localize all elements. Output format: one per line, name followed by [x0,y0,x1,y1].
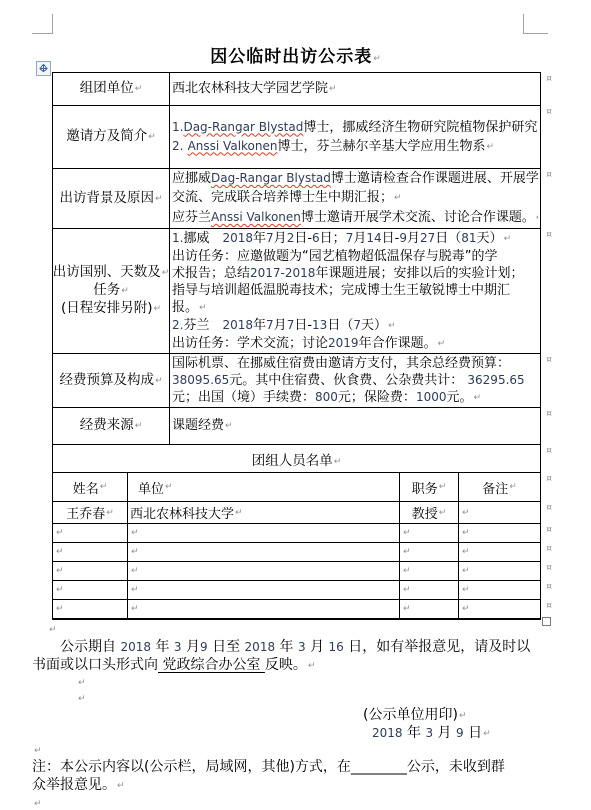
note-line[interactable]: 注：本公示内容以(公示栏，局域网，其他)方式，在________公示，未收到群 [32,758,591,776]
paragraph-mark: ↵ [438,482,447,492]
document-title[interactable]: 因公临时出访公示表 [210,47,372,67]
latin-text: 9 [456,726,464,740]
row-end-mark: ¤ [546,544,552,554]
spellcheck-squiggle-text: Anssi Valkonen [188,139,278,154]
text-line: 出访任务：学术交流；讨论2019年合作课题。↵ [172,335,538,353]
latin-text: 2018 [372,726,403,740]
empty-cell-title[interactable]: ↵ [400,581,459,599]
paragraph-mark: ↵ [503,234,512,244]
header-note[interactable]: 备注↵ [459,473,540,501]
row-value-cell[interactable]: 课题经费↵ [170,408,540,444]
latin-text: 2019 [328,336,359,350]
latin-text: 9 [200,640,208,654]
paragraph-mark: ↵ [105,508,114,518]
latin-text: 16 [329,640,344,654]
paragraph-mark: ↵ [77,678,86,688]
underlined-text: 党政综合办公室 [158,657,265,673]
paragraph-mark: ↵ [328,84,337,94]
latin-text: 2. [172,318,183,332]
text-line: 术报告；总结2017-2018年课题进展；安排以后的实验计划； [172,265,538,282]
paragraph-mark: ↵ [120,286,129,296]
latin-text: 2018 [222,231,253,245]
paragraph-mark: ↵ [461,547,470,557]
paragraph-mark: ↵ [461,604,470,614]
text-line: 应芬兰Anssi Valkonen博士邀请开展学术交流、讨论合作课题。↵ [172,208,538,228]
paragraph-mark: ↵ [387,321,396,331]
table-row: 经费来源↵课题经费↵¤ [53,408,540,445]
latin-text: 2018 [222,318,253,332]
empty-cell-note[interactable]: ↵ [459,600,540,618]
date-line[interactable]: 2018 年 3 月 9 日↵ [372,724,591,742]
personnel-row: 王乔春↵西北农林科技大学↵教授↵↵¤ [53,502,540,524]
text-line: 课题经费↵ [172,416,538,436]
member-title[interactable]: 教授↵ [400,502,459,523]
paragraph-mark: ↵ [372,54,381,64]
latin-text: 7 [266,318,274,332]
empty-cell-title[interactable]: ↵ [400,524,459,542]
latin-text: 6 [312,231,320,245]
row-value-cell[interactable]: 西北农林科技大学园艺学院↵ [170,73,540,105]
empty-cell-unit[interactable]: ↵ [128,562,400,580]
personnel-row: ↵↵↵↵¤ [53,524,540,543]
latin-text: 2018 [120,640,151,654]
latin-text: 7 [353,318,361,332]
personnel-section: 团组人员名单↵¤姓名↵单位↵职务↵备注↵¤王乔春↵西北农林科技大学↵教授↵↵¤↵… [53,445,540,619]
note-line[interactable]: 众举报意见。↵ [32,776,591,794]
paragraph-mark: ↵ [134,84,143,94]
empty-paragraph: ↵ [33,794,591,810]
paragraph-mark: ↵ [55,547,64,557]
paragraph-mark: ↵ [48,625,57,635]
row-value-cell[interactable]: 1.挪威 2018年7月2日-6日；7月14日-9月27日（81天）↵出访任务：… [170,229,540,353]
paragraph-mark: ↵ [535,213,538,223]
latin-text: 2. [172,139,183,153]
latin-text: 7 [266,231,274,245]
personnel-row: ↵↵↵↵¤ [53,562,540,581]
empty-cell-title[interactable]: ↵ [400,543,459,561]
document-page: 因公临时出访公示表↵ ↔ ↕ 组团单位↵西北农林科技大学园艺学院↵¤邀请方及简介… [0,0,591,810]
paragraph-mark: ↵ [307,661,316,671]
move-arrow-vertical-icon: ↕ [37,62,50,75]
paragraph-mark: ↵ [402,528,411,538]
paragraph-mark: ↵ [164,482,173,492]
paragraph-mark: ↵ [33,746,42,756]
header-title[interactable]: 职务↵ [400,473,459,501]
empty-cell-unit[interactable]: ↵ [128,524,400,542]
empty-cell-note[interactable]: ↵ [459,543,540,561]
latin-text: 2018 [245,640,276,654]
paragraph-mark: ↵ [458,711,467,721]
main-table: ↔ ↕ 组团单位↵西北农林科技大学园艺学院↵¤邀请方及简介↵1.Dag-Rang… [52,72,541,620]
paragraph-mark: ↵ [33,799,42,809]
latin-text: 13 [312,318,327,332]
row-end-mark: ¤ [546,525,552,535]
table-row: 组团单位↵西北农林科技大学园艺学院↵¤ [53,73,540,106]
margin-crop-mark-top-left [32,14,53,34]
text-line: 交流、完成联合培养博士生中期汇报；↵ [172,188,538,208]
paragraph-mark: ↵ [473,393,482,403]
paragraph-mark: ↵ [55,604,64,614]
latin-text: 81 [461,231,476,245]
text-line: 出访任务：应邀做题为“园艺植物超低温保存与脱毒”的学 [172,248,538,265]
paragraph-mark: ↵ [461,508,470,518]
text-line: 报。↵ [172,299,538,317]
row-end-mark: ¤ [546,230,552,240]
personnel-title[interactable]: 团组人员名单↵ [252,449,342,469]
text-line: 国际机票、在挪威住宿费由邀请方支付，其余总经费预算： [172,355,538,372]
row-end-mark: ¤ [546,563,552,573]
member-unit[interactable]: 西北农林科技大学↵ [128,502,400,523]
paragraph-mark: ↵ [77,694,86,704]
paragraph-mark: ↵ [154,376,163,386]
empty-paragraph: ↵ [77,674,591,690]
latin-text: 2017-2018 [250,266,315,280]
member-note[interactable]: ↵ [459,502,540,523]
row-value-cell[interactable]: 应挪威Dag-Rangar Blystad博士邀请检查合作课题进展、开展学术交流… [170,169,540,228]
paragraph-mark: ↵ [402,585,411,595]
main-rows: 组团单位↵西北农林科技大学园艺学院↵¤邀请方及简介↵1.Dag-Rangar B… [53,73,540,445]
personnel-row: ↵↵↵↵¤ [53,543,540,562]
paragraph-mark: ↵ [402,566,411,576]
latin-text: 1. [172,231,183,245]
paragraph-mark: ↵ [130,547,139,557]
latin-text: 3 [298,640,306,654]
empty-cell-title[interactable]: ↵ [400,600,459,618]
title-row: 因公临时出访公示表↵ [0,42,591,67]
latin-text: 3 [174,640,182,654]
empty-cell-name[interactable]: ↵ [53,562,128,580]
notice-line[interactable]: 书面或以口头形式向 党政综合办公室 反映。↵ [32,656,591,674]
row-label-cell[interactable]: 经费预算及构成↵ [53,354,170,407]
empty-cell-name[interactable]: ↵ [53,581,128,599]
paragraph-mark: ↵ [461,528,470,538]
paragraph-mark: ↵ [55,528,64,538]
paragraph-mark: ↵ [130,604,139,614]
latin-text: 14 [366,231,381,245]
latin-text: Dag-Rangar Blystad [183,120,303,134]
margin-crop-mark-top-right [523,14,548,34]
text-line: 指导与培训超低温脱毒技术；完成博士生王敏锐博士中期汇 [172,282,538,299]
latin-text: 3 [425,726,433,740]
row-end-mark: ¤ [546,107,552,117]
paragraph-mark: ↵ [161,268,170,278]
text-line: 2.芬兰 2018年7月7日-13日（7天）↵ [172,317,538,335]
empty-paragraph: ↵ [33,742,591,758]
personnel-row: ↵↵↵↵¤ [53,581,540,600]
personnel-title-row: 团组人员名单↵¤ [53,445,540,473]
text-line: 经费来源↵ [80,417,143,435]
text-line: 组团单位↵ [80,80,143,98]
latin-text: 1. [172,120,183,134]
personnel-row: ↵↵↵↵¤ [53,600,540,619]
table-move-handle-icon[interactable]: ↔ ↕ [36,61,51,76]
notice-line[interactable]: 公示期自 2018 年 3 月9 日至 2018 年 3 月 16 日，如有举报… [32,638,591,656]
text-line: 邀请方及简介↵ [66,128,156,146]
paragraph-mark: ↵ [153,304,162,314]
text-line: 经费预算及构成↵ [59,372,162,390]
paragraph-mark: ↵ [99,482,108,492]
empty-cell-unit[interactable]: ↵ [128,600,400,618]
paragraph-mark: ↵ [55,566,64,576]
latin-text: Anssi Valkonen [211,210,301,224]
paragraph-mark: ↵ [333,457,342,467]
paragraph-mark: ↵ [234,508,243,518]
text-line: 任务↵ [93,282,129,300]
spellcheck-squiggle-text: Dag-Rangar Blystad [211,171,331,186]
text-line: 出访背景及原因↵ [59,190,162,208]
latin-text: 2 [287,231,295,245]
empty-paragraph: ↵ [48,620,591,638]
text-line: (日程安排另附)↵ [61,300,161,318]
header-name[interactable]: 姓名↵ [53,473,128,501]
row-end-mark: ¤ [546,446,552,456]
row-label-cell[interactable]: 出访背景及原因↵ [53,169,170,228]
paragraph-mark: ↵ [461,566,470,576]
paragraph-mark: ↵ [402,604,411,614]
empty-cell-title[interactable]: ↵ [400,562,459,580]
paragraph-mark: ↵ [130,585,139,595]
row-label-cell[interactable]: 邀请方及简介↵ [53,106,170,168]
paragraph-mark: ↵ [402,547,411,557]
latin-text: 27 [420,231,435,245]
row-value-cell[interactable]: 1.Dag-Rangar Blystad博士，挪威经济生物研究院植物保护研究室主… [170,106,540,168]
paragraph-mark: ↵ [461,585,470,595]
paragraph-mark: ↵ [224,421,233,431]
row-end-mark: ¤ [546,601,552,611]
paragraph-mark: ↵ [130,528,139,538]
table-row: 邀请方及简介↵1.Dag-Rangar Blystad博士，挪威经济生物研究院植… [53,106,540,169]
member-name[interactable]: 王乔春↵ [53,502,128,523]
paragraph-mark: ↵ [147,132,156,142]
row-value-cell[interactable]: 国际机票、在挪威住宿费由邀请方支付，其余总经费预算：38095.65元。其中住宿… [170,354,540,407]
latin-text: 36295.65 [467,373,524,387]
paragraph-mark: ↵ [116,781,125,791]
row-end-mark: ¤ [546,409,552,419]
latin-text: 7 [287,318,295,332]
latin-text: Anssi Valkonen [188,139,278,153]
text-line: 1.挪威 2018年7月2日-6日；7月14日-9月27日（81天）↵ [172,230,538,248]
empty-cell-note[interactable]: ↵ [459,524,540,542]
empty-cell-note[interactable]: ↵ [459,562,540,580]
text-line: 2. Anssi Valkonen博士，芬兰赫尔辛基大学应用生物系↵ [172,137,538,157]
empty-paragraph: ↵ [77,690,591,706]
row-end-mark: ¤ [546,474,552,484]
paragraph-mark: ↵ [154,194,163,204]
table-row: 出访国别、天数及↵任务↵(日程安排另附)↵1.挪威 2018年7月2日-6日；7… [53,229,540,354]
paragraph-mark: ↵ [393,193,402,203]
empty-cell-unit[interactable]: ↵ [128,543,400,561]
paragraph-mark: ↵ [55,585,64,595]
row-end-mark: ¤ [546,503,552,513]
paragraph-mark: ↵ [438,508,447,518]
text-line: 出访国别、天数及↵ [53,264,170,282]
text-line: 元；出国（境）手续费：800元；保险费：1000元。↵ [172,389,538,407]
latin-text: 9 [399,231,407,245]
empty-cell-name[interactable]: ↵ [53,600,128,618]
row-end-mark: ¤ [546,355,552,365]
latin-text: Dag-Rangar Blystad [211,171,331,185]
paragraph-mark: ↵ [198,303,207,313]
latin-text: 38095.65 [172,373,229,387]
table-row: 经费预算及构成↵国际机票、在挪威住宿费由邀请方支付，其余总经费预算：38095.… [53,354,540,408]
paragraph-mark: ↵ [508,482,517,492]
row-label-cell[interactable]: 出访国别、天数及↵任务↵(日程安排另附)↵ [53,229,170,353]
row-label-cell[interactable]: 组团单位↵ [53,73,170,105]
header-unit[interactable]: 单位↵ [128,473,400,501]
personnel-row: 姓名↵单位↵职务↵备注↵¤ [53,473,540,502]
latin-text: 800 [315,390,338,404]
latin-text: 7 [346,231,354,245]
empty-cell-name[interactable]: ↵ [53,524,128,542]
text-line: 应挪威Dag-Rangar Blystad博士邀请检查合作课题进展、开展学术 [172,169,538,188]
row-end-mark: ¤ [546,582,552,592]
table-row: 出访背景及原因↵应挪威Dag-Rangar Blystad博士邀请检查合作课题进… [53,169,540,229]
text-line: 西北农林科技大学园艺学院↵ [172,79,538,99]
row-end-mark: ¤ [546,170,552,180]
paragraph-mark: ↵ [482,729,491,739]
paragraph-mark: ↵ [130,566,139,576]
paragraph-mark: ↵ [486,142,495,152]
empty-cell-unit[interactable]: ↵ [128,581,400,599]
seal-line[interactable]: (公示单位用印)↵ [363,706,591,724]
latin-text: 1000 [416,390,447,404]
text-line: 1.Dag-Rangar Blystad博士，挪威经济生物研究院植物保护研究室主… [172,118,538,137]
paragraph-mark: ↵ [437,339,446,349]
paragraph-mark: ↵ [134,421,143,431]
row-end-mark: ¤ [546,74,552,84]
empty-cell-note[interactable]: ↵ [459,581,540,599]
spellcheck-squiggle-text: Anssi Valkonen [211,210,301,225]
text-line: 38095.65元。其中住宿费、伙食费、公杂费共计： 36295.65 [172,372,538,389]
spellcheck-squiggle-text: Dag-Rangar Blystad [183,120,303,135]
empty-cell-name[interactable]: ↵ [53,543,128,561]
footer: ↵ 公示期自 2018 年 3 月9 日至 2018 年 3 月 16 日，如有… [0,620,591,810]
row-label-cell[interactable]: 经费来源↵ [53,408,170,444]
